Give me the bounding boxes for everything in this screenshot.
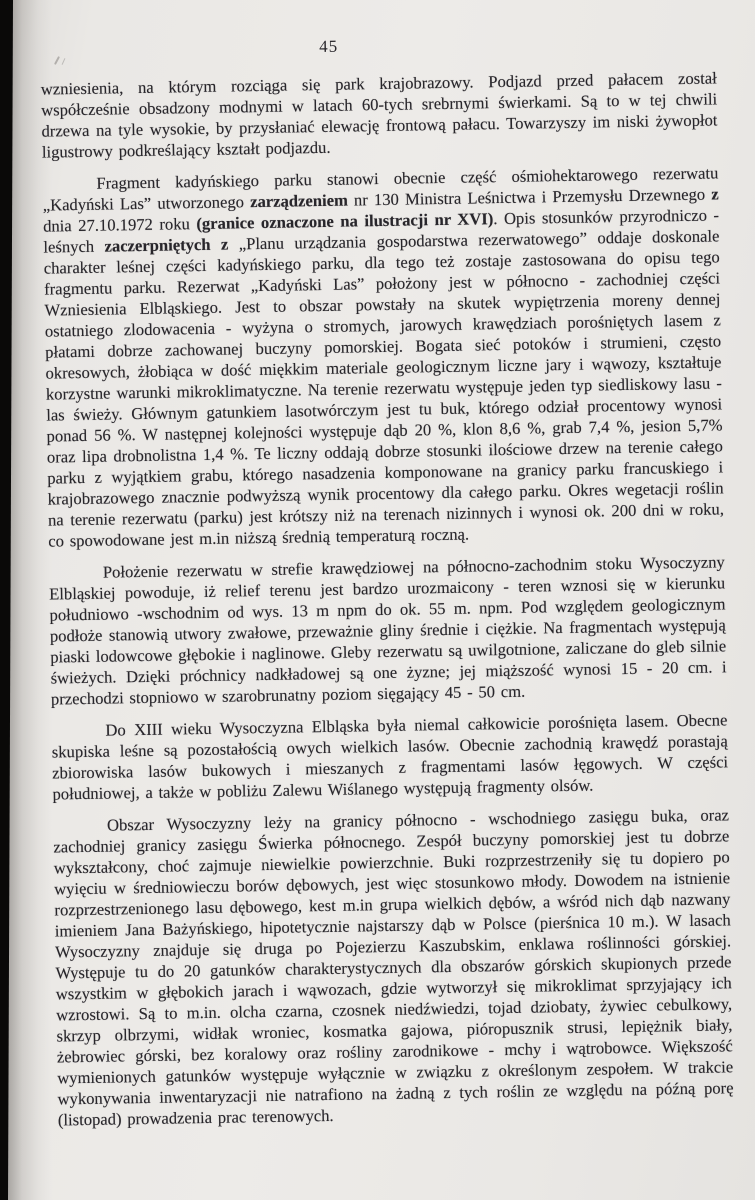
paragraph: Obszar Wysoczyzny leży na granicy północ… <box>53 804 734 1130</box>
text-segment: Obszar Wysoczyzny leży na granicy północ… <box>53 805 733 1129</box>
paragraph: wzniesienia, na którym rozciąga się park… <box>41 67 718 162</box>
bold-text-segment: zarządzeniem <box>250 191 348 212</box>
text-segment: wzniesienia, na którym rozciąga się park… <box>41 68 718 161</box>
paragraph: Fragment kadyńskiego parku stanowi obecn… <box>42 162 724 551</box>
page-content: 45 wzniesienia, na którym rozciąga się p… <box>40 30 734 1130</box>
text-segment: „Planu urządzania gospodarstwa rezerwato… <box>44 226 724 550</box>
page-body: wzniesienia, na którym rozciąga się park… <box>41 67 734 1130</box>
text-segment: Położenie rezerwatu w strefie krawędziow… <box>49 552 727 708</box>
page-number: 45 <box>319 30 716 57</box>
bold-text-segment: z <box>711 184 719 203</box>
text-segment: dnia 27.10.1972 roku <box>43 214 197 236</box>
bold-text-segment: (granice oznaczone na ilustracji nr XVI) <box>196 209 493 233</box>
bold-text-segment: zaczerpniętych z <box>104 235 228 256</box>
paragraph: Położenie rezerwatu w strefie krawędziow… <box>49 551 727 709</box>
paragraph: Do XIII wieku Wysoczyzna Elbląska była n… <box>51 709 728 804</box>
text-segment: Do XIII wieku Wysoczyzna Elbląska była n… <box>52 710 729 803</box>
scanned-page: 45 wzniesienia, na którym rozciąga się p… <box>0 0 755 1200</box>
